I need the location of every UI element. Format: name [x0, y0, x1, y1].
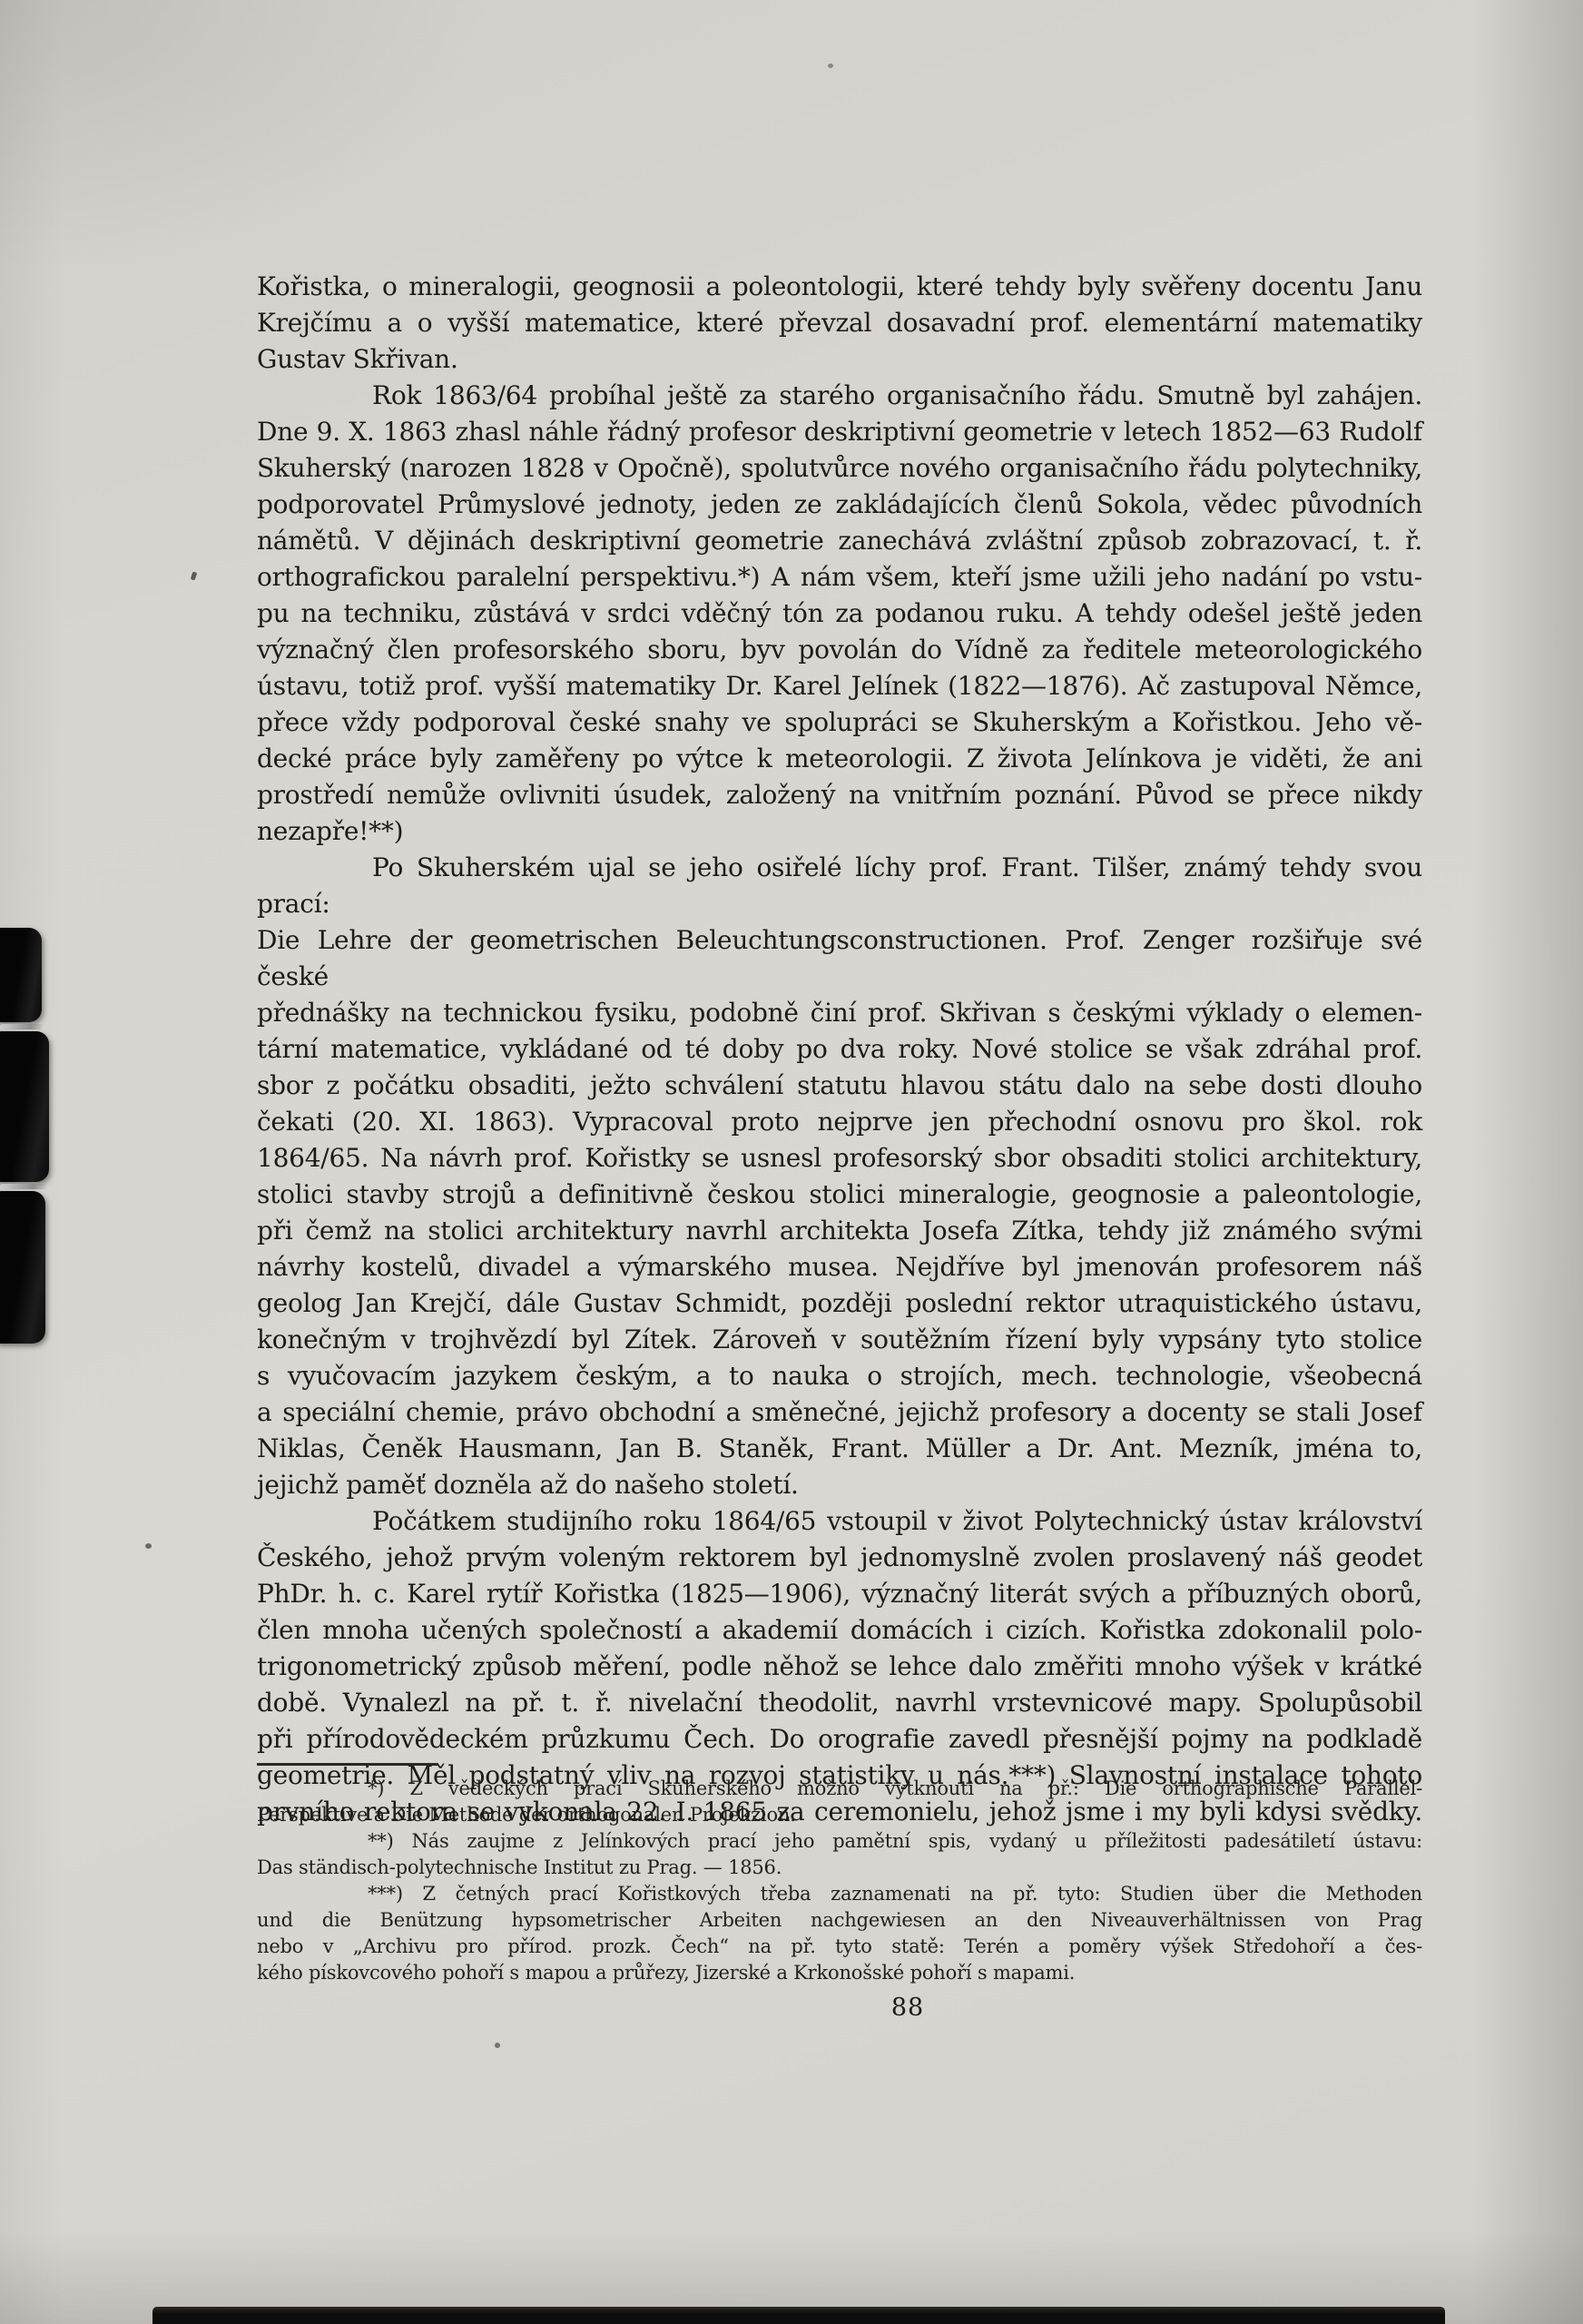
body-text-line: decké práce byly zaměřeny po výtce k met…: [257, 741, 1422, 777]
body-text-line: Rok 1863/64 probíhal ještě za starého or…: [257, 378, 1422, 414]
clip-glint: [0, 1184, 47, 1189]
body-text-line: přednášky na technickou fysiku, podobně …: [257, 995, 1422, 1031]
body-text-line: s vyučovacím jazykem českým, a to nauka …: [257, 1358, 1422, 1394]
body-text-line: sbor z počátku obsaditi, ježto schválení…: [257, 1068, 1422, 1104]
body-text-line: Počátkem studijního roku 1864/65 vstoupi…: [257, 1503, 1422, 1540]
binder-clip: [0, 1191, 45, 1344]
footnote-text-line: nebo v „Archivu pro přírod. prozk. Čech“…: [257, 1934, 1422, 1960]
page-number: 88: [871, 1994, 944, 2022]
body-text-line: Krejčímu a o vyšší matematice, které pře…: [257, 305, 1422, 341]
body-text-line: a speciální chemie, právo obchodní a smě…: [257, 1394, 1422, 1431]
body-text-line: nezapře!**): [257, 813, 1422, 850]
body-text-line: orthografickou paralelní perspektivu.*) …: [257, 559, 1422, 596]
body-text-line: jejichž paměť dozněla až do našeho stole…: [257, 1467, 1422, 1503]
body-text-line: Skuherský (narozen 1828 v Opočně), spolu…: [257, 450, 1422, 487]
scanned-book-page: { "document": { "language": "cs", "page_…: [0, 0, 1583, 2324]
footnote-text-line: ***) Z četných prací Kořistkových třeba …: [257, 1881, 1422, 1907]
body-text-line: Die Lehre der geometrischen Beleuchtungs…: [257, 922, 1422, 995]
footnote-text-line: *) Z vědeckých prací Skuherského možno v…: [257, 1776, 1422, 1802]
clip-glint: [0, 1024, 44, 1029]
footnote-text-line: **) Nás zaujme z Jelínkových prací jeho …: [257, 1828, 1422, 1855]
body-text-line: námětů. V dějinách deskriptivní geometri…: [257, 523, 1422, 559]
body-text-line: geolog Jan Krejčí, dále Gustav Schmidt, …: [257, 1285, 1422, 1322]
body-text-line: 1864/65. Na návrh prof. Kořistky se usne…: [257, 1140, 1422, 1177]
body-text-line: trigonometrický způsob měření, podle něh…: [257, 1649, 1422, 1685]
body-text-line: PhDr. h. c. Karel rytíř Kořistka (1825—1…: [257, 1576, 1422, 1612]
body-text-line: Gustav Skřivan.: [257, 341, 1422, 378]
body-text-line: přece vždy podporoval české snahy ve spo…: [257, 704, 1422, 741]
body-text-line: při přírodovědeckém průzkumu Čech. Do or…: [257, 1721, 1422, 1758]
body-text-line: Po Skuherském ujal se jeho osiřelé líchy…: [257, 850, 1422, 922]
body-text-line: člen mnoha učených společností a akademi…: [257, 1612, 1422, 1649]
footnote-text-line: Das ständisch-polytechnische Institut zu…: [257, 1855, 1422, 1881]
body-text-line: návrhy kostelů, divadel a výmarského mus…: [257, 1249, 1422, 1285]
paragraph: Rok 1863/64 probíhal ještě za starého or…: [257, 378, 1422, 850]
footnote-text-line: und die Benützung hypsometrischer Arbeit…: [257, 1907, 1422, 1934]
body-text-line: době. Vynalezl na př. t. ř. nivelační th…: [257, 1685, 1422, 1721]
paragraph: **) Nás zaujme z Jelínkových prací jeho …: [257, 1828, 1422, 1881]
body-text-line: význačný člen profesorského sboru, byv p…: [257, 632, 1422, 668]
body-text-line: prostředí nemůže ovlivniti úsudek, založ…: [257, 777, 1422, 813]
scan-speck: [495, 2043, 500, 2048]
body-text-line: čekati (20. XI. 1863). Vypracoval proto …: [257, 1104, 1422, 1140]
footnote-text-line: Perspektive a Die Methode der orthogonal…: [257, 1802, 1422, 1828]
body-text-line: stolici stavby strojů a definitivně česk…: [257, 1177, 1422, 1213]
body-text-line: Českého, jehož prvým voleným rektorem by…: [257, 1540, 1422, 1576]
body-text-line: konečným v trojhvězdí byl Zítek. Zároveň…: [257, 1322, 1422, 1358]
paragraph: Po Skuherském ujal se jeho osiřelé líchy…: [257, 850, 1422, 1503]
body-text-line: Niklas, Čeněk Hausmann, Jan B. Staněk, F…: [257, 1431, 1422, 1467]
body-text-line: při čemž na stolici architektury navrhl …: [257, 1213, 1422, 1249]
paragraph: *) Z vědeckých prací Skuherského možno v…: [257, 1776, 1422, 1828]
footnote-text-line: kého pískovcového pohoří s mapou a průře…: [257, 1960, 1422, 1986]
scan-speck: [145, 1543, 152, 1549]
paragraph: Kořistka, o mineralogii, geognosii a pol…: [257, 269, 1422, 378]
body-text-line: pu na techniku, zůstává v srdci vděčný t…: [257, 596, 1422, 632]
body-text-line: tární matematice, vykládané od té doby p…: [257, 1031, 1422, 1068]
scan-bottom-strip: [152, 2307, 1445, 2324]
binder-clip: [0, 928, 42, 1022]
paragraph: ***) Z četných prací Kořistkových třeba …: [257, 1881, 1422, 1986]
body-text-line: Dne 9. X. 1863 zhasl náhle řádný profeso…: [257, 414, 1422, 450]
body-text-line: Kořistka, o mineralogii, geognosii a pol…: [257, 269, 1422, 305]
body-text-line: podporovatel Průmyslové jednoty, jeden z…: [257, 487, 1422, 523]
binder-clip: [0, 1031, 49, 1182]
body-text-line: ústavu, totiž prof. vyšší matematiky Dr.…: [257, 668, 1422, 704]
footnote-separator-rule: [257, 1763, 438, 1766]
page-body-text: Kořistka, o mineralogii, geognosii a pol…: [257, 269, 1422, 1830]
scan-speck: [828, 64, 833, 68]
footnotes-block: *) Z vědeckých prací Skuherského možno v…: [257, 1776, 1422, 1986]
